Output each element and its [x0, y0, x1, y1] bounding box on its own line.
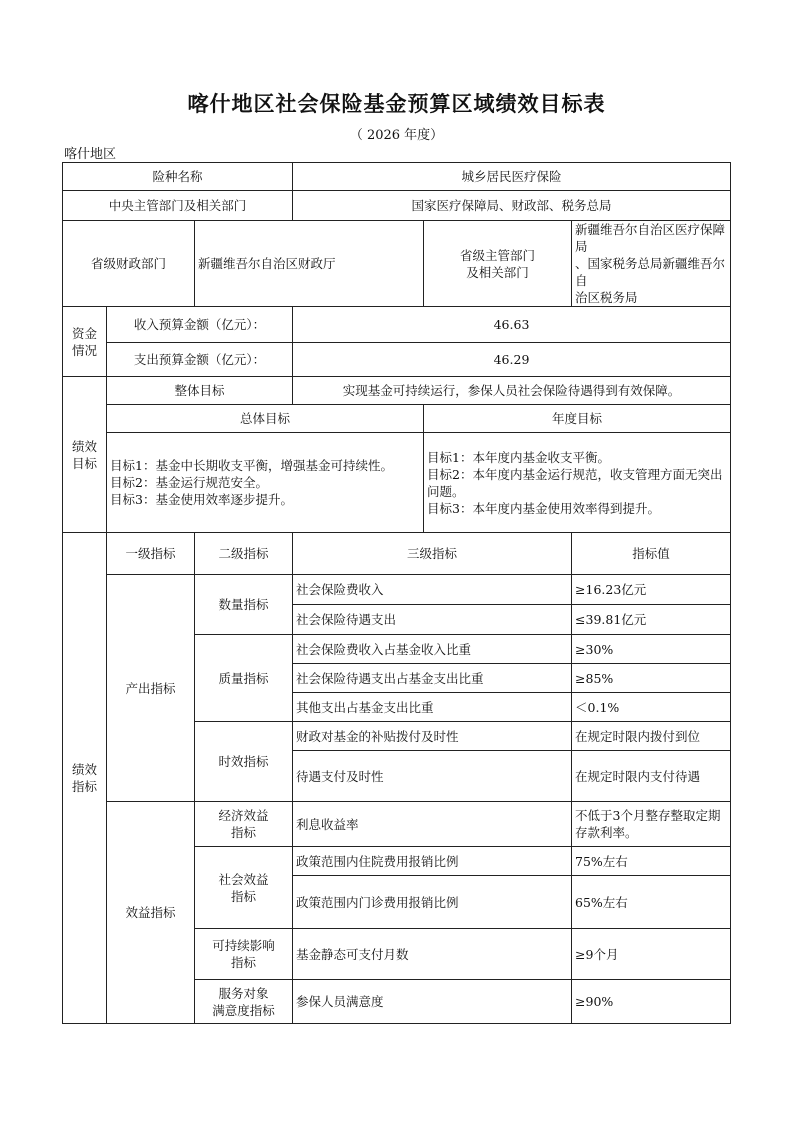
indicator-name: 基金静态可支付月数: [293, 929, 572, 980]
general-goal-header: 总体目标: [107, 405, 424, 433]
income-budget-label: 收入预算金额（亿元）：: [107, 307, 293, 343]
indicator-name: 社会保险待遇支出: [293, 605, 572, 635]
performance-target-table: 险种名称 城乡居民医疗保险 中央主管部门及相关部门 国家医疗保障局、财政部、税务…: [62, 162, 731, 1024]
indicators-section-label: 绩效 指标: [63, 533, 107, 1024]
col-header-level3: 三级指标: [293, 533, 572, 575]
economic-indicator-label: 经济效益 指标: [195, 802, 293, 847]
central-dept-label: 中央主管部门及相关部门: [63, 191, 293, 221]
col-header-value: 指标值: [572, 533, 731, 575]
indicator-name: 社会保险费收入: [293, 575, 572, 605]
satisfaction-indicator-label: 服务对象 满意度指标: [195, 980, 293, 1024]
insurance-type-label: 险种名称: [63, 163, 293, 191]
indicator-name: 其他支出占基金支出比重: [293, 693, 572, 722]
region-label: 喀什地区: [64, 143, 116, 162]
indicator-value: ≥30%: [572, 635, 731, 664]
annual-goal-text: 目标1：本年度内基金收支平衡。 目标2：本年度内基金运行规范，收支管理方面无突出…: [424, 433, 731, 533]
insurance-type-value: 城乡居民医疗保险: [293, 163, 731, 191]
indicator-value: 65%左右: [572, 876, 731, 929]
central-dept-value: 国家医疗保障局、财政部、税务总局: [293, 191, 731, 221]
prov-finance-label: 省级财政部门: [63, 221, 195, 307]
expense-budget-label: 支出预算金额（亿元）：: [107, 343, 293, 377]
prov-dept-label: 省级主管部门 及相关部门: [424, 221, 572, 307]
annual-goal-header: 年度目标: [424, 405, 731, 433]
col-header-level2: 二级指标: [195, 533, 293, 575]
indicator-name: 财政对基金的补贴拨付及时性: [293, 722, 572, 751]
indicator-value: ≥9个月: [572, 929, 731, 980]
quality-indicator-label: 质量指标: [195, 635, 293, 722]
indicator-value: ＜0.1%: [572, 693, 731, 722]
output-indicators-label: 产出指标: [107, 575, 195, 802]
prov-dept-value: 新疆维吾尔自治区医疗保障局 、国家税务总局新疆维吾尔自 治区税务局: [572, 221, 731, 307]
indicator-value: ≥85%: [572, 664, 731, 693]
indicator-name: 利息收益率: [293, 802, 572, 847]
funds-section-label: 资金 情况: [63, 307, 107, 377]
indicator-value: ≤39.81亿元: [572, 605, 731, 635]
indicator-name: 政策范围内门诊费用报销比例: [293, 876, 572, 929]
indicator-value: 在规定时限内拨付到位: [572, 722, 731, 751]
income-budget-value: 46.63: [293, 307, 731, 343]
indicator-value: 不低于3个月整存整取定期存款利率。: [572, 802, 731, 847]
indicator-value: ≥90%: [572, 980, 731, 1024]
fiscal-year: （ 2026 年度）: [0, 124, 793, 143]
benefit-indicators-label: 效益指标: [107, 802, 195, 1024]
social-indicator-label: 社会效益 指标: [195, 847, 293, 929]
page-title: 喀什地区社会保险基金预算区域绩效目标表: [0, 88, 793, 118]
indicator-name: 参保人员满意度: [293, 980, 572, 1024]
indicator-value: 在规定时限内支付待遇: [572, 751, 731, 802]
indicator-name: 社会保险费收入占基金收入比重: [293, 635, 572, 664]
indicator-name: 社会保险待遇支出占基金支出比重: [293, 664, 572, 693]
sustainable-indicator-label: 可持续影响 指标: [195, 929, 293, 980]
overall-goal-value: 实现基金可持续运行，参保人员社会保险待遇得到有效保障。: [293, 377, 731, 405]
goals-section-label: 绩效 目标: [63, 377, 107, 533]
quantity-indicator-label: 数量指标: [195, 575, 293, 635]
timeliness-indicator-label: 时效指标: [195, 722, 293, 802]
indicator-name: 政策范围内住院费用报销比例: [293, 847, 572, 876]
expense-budget-value: 46.29: [293, 343, 731, 377]
overall-goal-label: 整体目标: [107, 377, 293, 405]
indicator-value: 75%左右: [572, 847, 731, 876]
prov-finance-value: 新疆维吾尔自治区财政厅: [195, 221, 424, 307]
indicator-name: 待遇支付及时性: [293, 751, 572, 802]
general-goal-text: 目标1：基金中长期收支平衡，增强基金可持续性。 目标2：基金运行规范安全。 目标…: [107, 433, 424, 533]
col-header-level1: 一级指标: [107, 533, 195, 575]
indicator-value: ≥16.23亿元: [572, 575, 731, 605]
